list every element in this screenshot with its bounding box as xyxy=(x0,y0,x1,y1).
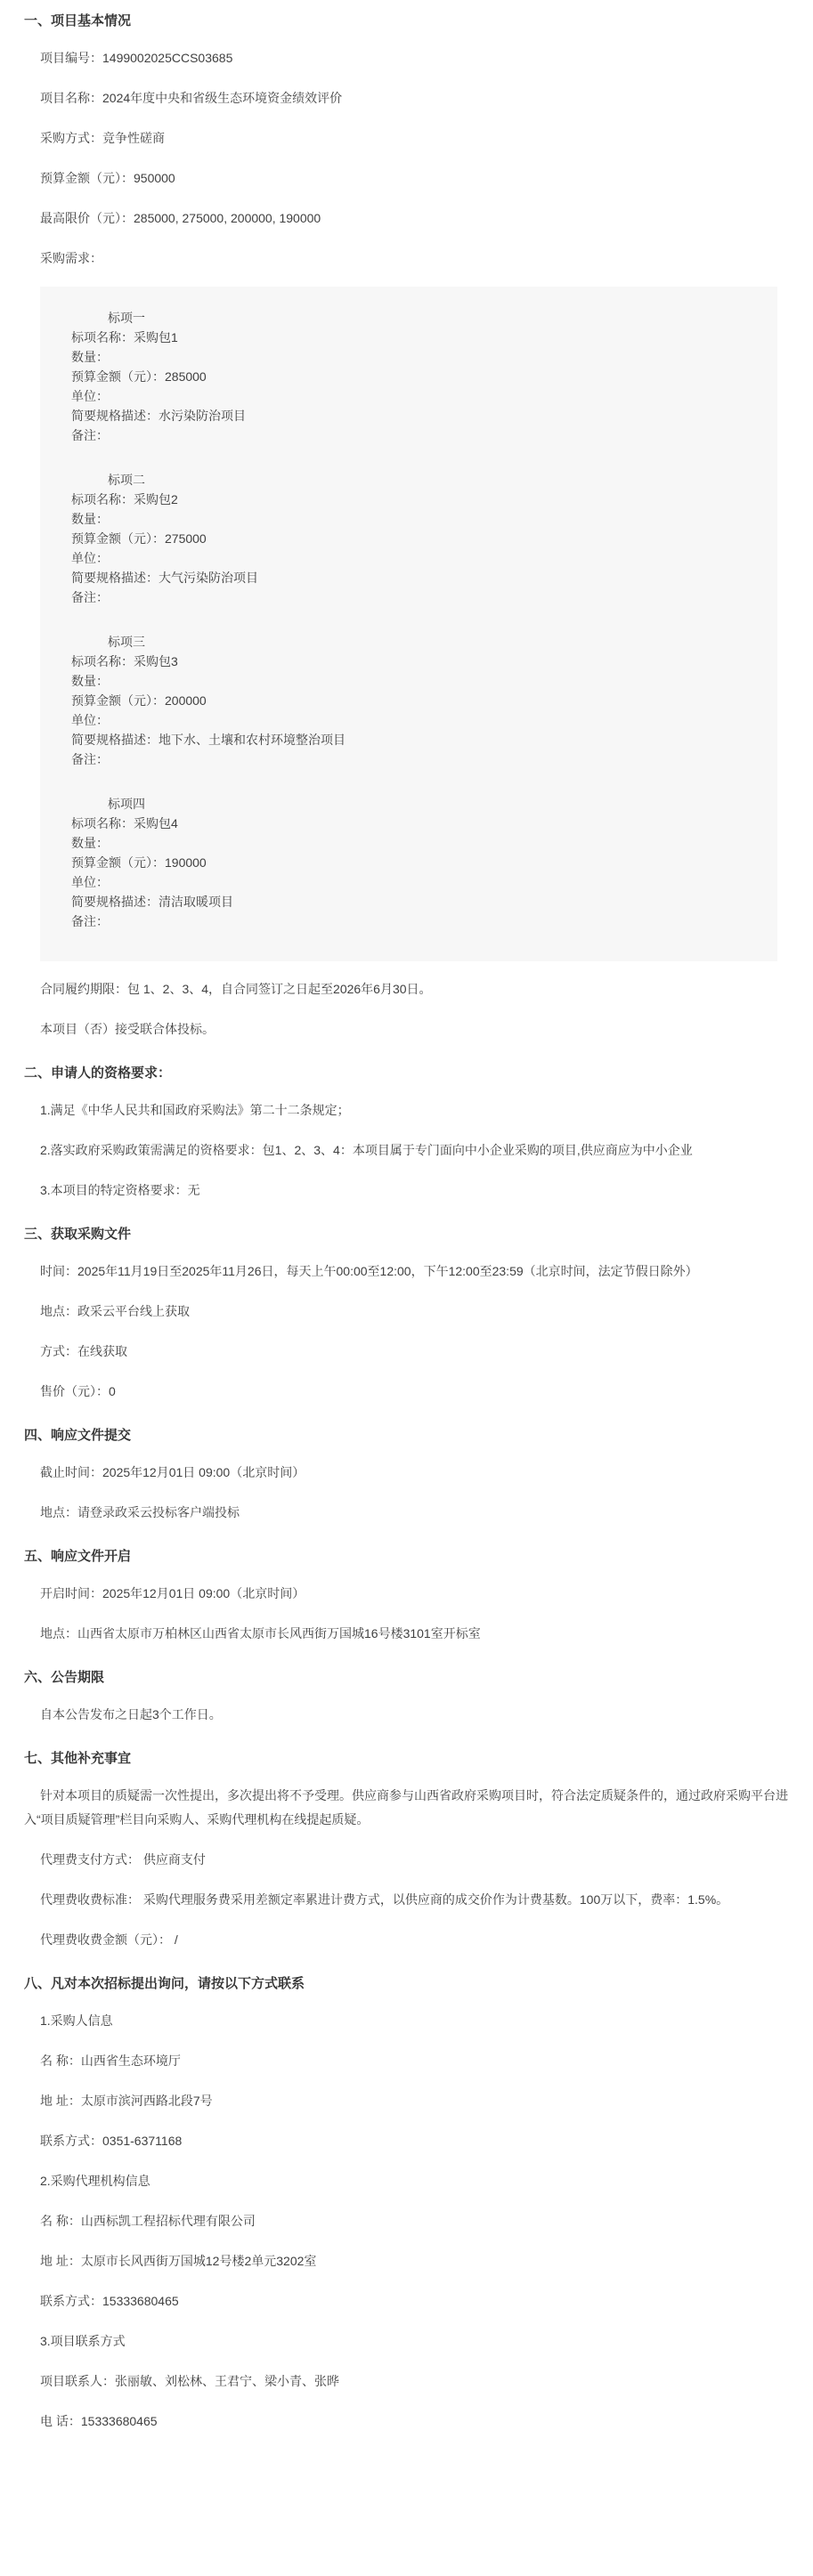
bid-item-1-budget: 预算金额（元）：285000 xyxy=(71,367,760,386)
bid-item-3-spec: 简要规格描述：地下水、土壤和农村环境整治项目 xyxy=(71,730,760,749)
bid-item-3-budget: 预算金额（元）：200000 xyxy=(71,691,760,710)
agency-contact-line: 联系方式：15333680465 xyxy=(24,2289,789,2313)
contract-period-line: 合同履约期限：包 1、2、3、4，自合同签订之日起至2026年6月30日。 xyxy=(24,977,789,1001)
dispute-notice-line: 针对本项目的质疑需一次性提出，多次提出将不予受理。供应商参与山西省政府采购项目时… xyxy=(24,1784,789,1832)
bid-item-3-name: 标项名称：采购包3 xyxy=(71,652,760,671)
bid-item-1-unit: 单位： xyxy=(71,386,760,406)
bid-item-2-spec: 简要规格描述：大气污染防治项目 xyxy=(71,568,760,587)
project-phone-line: 电 话：15333680465 xyxy=(24,2410,789,2434)
document-acquisition-location-line: 地点：政采云平台线上获取 xyxy=(24,1300,789,1324)
submission-deadline-line: 截止时间：2025年12月01日 09:00（北京时间） xyxy=(24,1461,789,1485)
procurement-announcement-document: 一、项目基本情况 项目编号：1499002025CCS03685 项目名称：20… xyxy=(0,0,813,2499)
procurement-demand-label: 采购需求： xyxy=(24,247,789,271)
section-3-heading: 三、获取采购文件 xyxy=(24,1226,789,1243)
bid-item-4-title: 标项四 xyxy=(71,794,760,814)
section-2-heading: 二、申请人的资格要求： xyxy=(24,1065,789,1082)
bid-item-2-budget: 预算金额（元）：275000 xyxy=(71,529,760,548)
agency-address-line: 地 址：太原市长风西街万国城12号楼2单元3202室 xyxy=(24,2249,789,2273)
bid-item-4-spec: 简要规格描述：清洁取暖项目 xyxy=(71,892,760,911)
agency-name-line: 名 称：山西标凯工程招标代理有限公司 xyxy=(24,2209,789,2233)
bid-item-2-name: 标项名称：采购包2 xyxy=(71,490,760,509)
bid-item-3: 标项三 标项名称：采购包3 数量： 预算金额（元）：200000 单位： 简要规… xyxy=(71,632,760,769)
document-price-line: 售价（元）：0 xyxy=(24,1380,789,1404)
bid-item-1-title: 标项一 xyxy=(71,308,760,328)
purchaser-name-line: 名 称：山西省生态环境厅 xyxy=(24,2049,789,2073)
submission-location-line: 地点：请登录政采云投标客户端投标 xyxy=(24,1501,789,1525)
budget-amount-line: 预算金额（元）：950000 xyxy=(24,166,789,190)
consortium-bid-line: 本项目（否）接受联合体投标。 xyxy=(24,1017,789,1041)
agency-fee-amount-line: 代理费收费金额（元）： / xyxy=(24,1928,789,1952)
section-4-heading: 四、响应文件提交 xyxy=(24,1427,789,1445)
procurement-method-line: 采购方式：竞争性磋商 xyxy=(24,126,789,150)
bid-item-2-quantity: 数量： xyxy=(71,509,760,529)
project-name-line: 项目名称：2024年度中央和省级生态环境资金绩效评价 xyxy=(24,86,789,110)
announcement-period-line: 自本公告发布之日起3个工作日。 xyxy=(24,1703,789,1727)
agency-fee-payment-line: 代理费支付方式： 供应商支付 xyxy=(24,1848,789,1872)
purchaser-address-line: 地 址：太原市滨河西路北段7号 xyxy=(24,2089,789,2113)
bid-item-4: 标项四 标项名称：采购包4 数量： 预算金额（元）：190000 单位： 简要规… xyxy=(71,794,760,931)
section-8-heading: 八、凡对本次招标提出询问，请按以下方式联系 xyxy=(24,1975,789,1993)
bid-item-3-remark: 备注： xyxy=(71,749,760,769)
qualification-requirement-1: 1.满足《中华人民共和国政府采购法》第二十二条规定； xyxy=(24,1098,789,1122)
opening-location-line: 地点：山西省太原市万柏林区山西省太原市长风西街万国城16号楼3101室开标室 xyxy=(24,1622,789,1646)
section-1-heading: 一、项目基本情况 xyxy=(24,12,789,30)
bid-item-4-unit: 单位： xyxy=(71,872,760,892)
bid-item-2-unit: 单位： xyxy=(71,548,760,568)
document-acquisition-time-line: 时间：2025年11月19日至2025年11月26日，每天上午00:00至12:… xyxy=(24,1260,789,1284)
bid-item-3-quantity: 数量： xyxy=(71,671,760,691)
purchaser-contact-line: 联系方式：0351-6371168 xyxy=(24,2129,789,2153)
bid-item-1-name: 标项名称：采购包1 xyxy=(71,328,760,347)
procurement-demand-box: 标项一 标项名称：采购包1 数量： 预算金额（元）：285000 单位： 简要规… xyxy=(40,287,777,961)
agency-info-label: 2.采购代理机构信息 xyxy=(24,2169,789,2193)
bid-item-1: 标项一 标项名称：采购包1 数量： 预算金额（元）：285000 单位： 简要规… xyxy=(71,308,760,445)
bid-item-4-quantity: 数量： xyxy=(71,833,760,853)
bid-item-2: 标项二 标项名称：采购包2 数量： 预算金额（元）：275000 单位： 简要规… xyxy=(71,470,760,607)
bid-item-2-title: 标项二 xyxy=(71,470,760,490)
project-number-line: 项目编号：1499002025CCS03685 xyxy=(24,46,789,70)
section-6-heading: 六、公告期限 xyxy=(24,1669,789,1687)
agency-fee-standard-line: 代理费收费标准： 采购代理服务费采用差额定率累进计费方式，以供应商的成交价作为计… xyxy=(24,1888,789,1912)
project-contact-label: 3.项目联系方式 xyxy=(24,2329,789,2353)
max-price-line: 最高限价（元）：285000, 275000, 200000, 190000 xyxy=(24,207,789,231)
bid-item-4-remark: 备注： xyxy=(71,911,760,931)
bid-item-1-quantity: 数量： xyxy=(71,347,760,367)
project-contacts-line: 项目联系人：张丽敏、刘松林、王君宁、梁小青、张晔 xyxy=(24,2369,789,2394)
bid-item-1-spec: 简要规格描述：水污染防治项目 xyxy=(71,406,760,425)
bid-item-3-unit: 单位： xyxy=(71,710,760,730)
section-7-heading: 七、其他补充事宜 xyxy=(24,1750,789,1768)
qualification-requirement-2: 2.落实政府采购政策需满足的资格要求：包1、2、3、4：本项目属于专门面向中小企… xyxy=(24,1138,789,1162)
bid-item-1-remark: 备注： xyxy=(71,425,760,445)
purchaser-info-label: 1.采购人信息 xyxy=(24,2009,789,2033)
opening-time-line: 开启时间：2025年12月01日 09:00（北京时间） xyxy=(24,1582,789,1606)
section-5-heading: 五、响应文件开启 xyxy=(24,1548,789,1566)
document-acquisition-method-line: 方式：在线获取 xyxy=(24,1340,789,1364)
bid-item-3-title: 标项三 xyxy=(71,632,760,652)
qualification-requirement-3: 3.本项目的特定资格要求：无 xyxy=(24,1179,789,1203)
bid-item-2-remark: 备注： xyxy=(71,587,760,607)
bid-item-4-budget: 预算金额（元）：190000 xyxy=(71,853,760,872)
bid-item-4-name: 标项名称：采购包4 xyxy=(71,814,760,833)
